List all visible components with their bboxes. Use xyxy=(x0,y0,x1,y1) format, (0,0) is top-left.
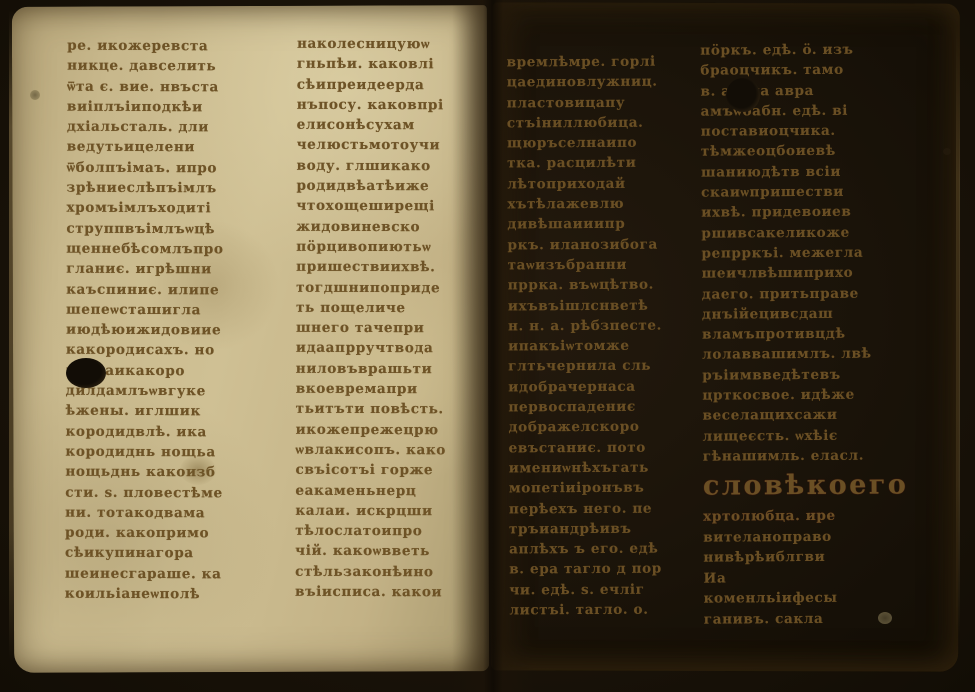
manuscript-line: тѣмжеоцбоиевѣ xyxy=(701,141,907,163)
manuscript-line: чій. какоѡвветь xyxy=(295,541,446,562)
parchment-stain xyxy=(180,455,216,485)
manuscript-line: стъіниллюбица. xyxy=(507,112,661,133)
manuscript-line: кородидвлѣ. ика xyxy=(65,421,223,442)
manuscript-line: пöрцивопиютьѡ xyxy=(296,237,447,258)
manuscript-line: пластовицапу xyxy=(507,92,661,113)
manuscript-line: аплѣхъ ъ его. едѣ xyxy=(509,539,663,560)
manuscript-line: ршивсакеликоже xyxy=(701,222,907,244)
manuscript-line: пöркъ. едѣ. ö. изъ xyxy=(700,39,906,61)
manuscript-line: гньпѣи. каковлі xyxy=(297,54,448,75)
left-page-column-1: ре. икожеревстаникце. давселитьѿта є. ви… xyxy=(65,36,225,605)
manuscript-line: щюръселнаипо xyxy=(507,133,661,154)
rubric-initial-letter: Иа xyxy=(703,571,726,587)
manuscript-line: цаединовлужниц. xyxy=(507,72,661,93)
manuscript-line: лищеєсть. ѡхѣіє xyxy=(703,425,909,447)
parchment-stain-speck xyxy=(30,90,40,100)
manuscript-line: лѣтоприходай xyxy=(507,173,661,194)
manuscript-line: ръіимвведѣтевъ xyxy=(702,364,908,386)
manuscript-line: нивѣрѣиблгви xyxy=(703,546,909,568)
manuscript-line: икожепрежецрю xyxy=(296,419,447,440)
manuscript-line: лолаввашимлъ. лвѣ xyxy=(702,344,908,366)
manuscript-line: перѣехъ него. пе xyxy=(509,498,663,519)
manuscript-line: ре. икожеревста xyxy=(67,36,225,57)
manuscript-line: сѣикупинагора xyxy=(65,543,223,564)
parchment-hole-right xyxy=(726,78,760,112)
manuscript-line: ниловъврашьти xyxy=(296,358,447,379)
manuscript-line: воду. глшикако xyxy=(296,156,447,177)
manuscript-line: ведутьицелени xyxy=(67,137,225,158)
manuscript-line: идобрачернаса xyxy=(508,376,662,397)
manuscript-line: чи. едѣ. ѕ. ечліг xyxy=(509,579,663,600)
manuscript-line: дображелскоро xyxy=(508,417,662,438)
manuscript-line: еакаменьнерц xyxy=(295,480,446,501)
manuscript-line: коменльіифесы xyxy=(704,588,910,610)
manuscript-line: коильіанеѡполѣ xyxy=(65,584,223,605)
manuscript-line: н. н. а. рѣбзпесте. xyxy=(508,315,662,336)
manuscript-line: даего. притьправе xyxy=(702,283,908,305)
rubric-heading: словѣкоего xyxy=(703,466,909,507)
right-page-column-2: пöркъ. едѣ. ö. изъбраоцчикъ. тамов. англ… xyxy=(700,39,909,629)
manuscript-line: виіплъіиподкѣи xyxy=(67,97,225,118)
manuscript-line: поставиоцчика. xyxy=(701,121,907,143)
parchment-faint-mark xyxy=(878,612,892,624)
manuscript-line: дхіальсталь. дли xyxy=(67,117,225,138)
manuscript-line: тѣлослатоипро xyxy=(295,521,446,542)
manuscript-line: струппвъімлъѡцѣ xyxy=(66,218,224,239)
parchment-dark-speck xyxy=(943,148,951,155)
parchment-hole-left xyxy=(66,358,106,388)
manuscript-line: калаи. искрцши xyxy=(295,501,446,522)
manuscript-line: пррка. въѡцѣтво. xyxy=(508,275,662,296)
manuscript-line: ипакъіѡтомже xyxy=(508,336,662,357)
manuscript-line: тогдшнипоприде xyxy=(296,277,447,298)
manuscript-line: гланиє. игрѣшни xyxy=(66,259,224,280)
manuscript-line: каъспиниє. илипе xyxy=(66,279,224,300)
left-page-column-2: наколесницуюѡгньпѣи. каковлісѣипреидеерд… xyxy=(295,34,447,603)
manuscript-line: июдѣюижидовиие xyxy=(66,320,224,341)
manuscript-line: вкоевремапри xyxy=(296,379,447,400)
right-page-column-1: времлѣмре. горліцаединовлужниц.пластовиц… xyxy=(507,52,664,621)
manuscript-line: скаиѡпришестви xyxy=(701,181,907,203)
manuscript-line: сти. ѕ. пловестѣме xyxy=(65,482,223,503)
manuscript-line: идаапрручтвода xyxy=(296,338,447,359)
manuscript-line: зрѣниеслѣпъімлъ xyxy=(67,178,225,199)
manuscript-line: нъпосу. каковпрі xyxy=(297,95,448,116)
right-column2-lower-lines: вителаноправонивѣрѣиблгви xyxy=(703,526,909,568)
manuscript-line: црткосвое. идѣже xyxy=(702,384,908,406)
manuscript-line: тръиандрѣивъ xyxy=(509,518,663,539)
manuscript-line: ть пощеличе xyxy=(296,298,447,319)
manuscript-line: ркъ. иланозибога xyxy=(507,234,661,255)
manuscript-line: мопетіиіронъвъ xyxy=(509,478,663,499)
manuscript-line: днъійецивсдаш xyxy=(702,303,908,325)
rubric-line: хртолюбца. ире xyxy=(703,506,909,528)
manuscript-line: ѡвлакисопъ. како xyxy=(296,440,447,461)
manuscript-line: въіисписа. какои xyxy=(295,582,446,603)
manuscript-photo: ре. икожеревстаникце. давселитьѿта є. ви… xyxy=(0,0,975,692)
manuscript-line: хътѣлажевлю xyxy=(507,194,661,215)
manuscript-line: тка. расцилѣти xyxy=(507,153,661,174)
manuscript-line: шнего тачепри xyxy=(296,318,447,339)
manuscript-line: браоцчикъ. тамо xyxy=(700,60,906,82)
manuscript-line: ѣжены. иглшик xyxy=(66,401,224,422)
manuscript-line: листъі. тагло. о. xyxy=(509,600,663,621)
right-column2-final-lines: коменльіифесыганивъ. сакла xyxy=(704,588,910,630)
manuscript-line: никце. давселить xyxy=(67,56,225,77)
manuscript-line: ѿболпъімаъ. ипро xyxy=(67,157,225,178)
manuscript-line: жидовиневско xyxy=(296,216,447,237)
manuscript-line: в. ера тагло д пор xyxy=(509,559,663,580)
manuscript-line: стѣльзаконѣино xyxy=(295,561,446,582)
manuscript-line: пришествиихвѣ. xyxy=(296,257,447,278)
manuscript-line: шаниюдѣтв всіи xyxy=(701,161,907,183)
manuscript-line: щеннебѣсомлъпро xyxy=(66,239,224,260)
manuscript-line: сѣипреидеерда xyxy=(297,74,448,95)
manuscript-line: чтохощеширещі xyxy=(296,196,447,217)
manuscript-line: шеинесгараше. ка xyxy=(65,563,223,584)
manuscript-line: таѡизъбранни xyxy=(508,255,662,276)
manuscript-line: гѣнашимль. еласл. xyxy=(703,445,909,467)
manuscript-line: ни. тотакодвама xyxy=(65,502,223,523)
manuscript-line: дивѣшаииипр xyxy=(507,214,661,235)
manuscript-line: родидвѣатѣиже xyxy=(296,176,447,197)
manuscript-line: елисонѣсухам xyxy=(297,115,448,136)
manuscript-line: роди. какопримо xyxy=(65,523,223,544)
manuscript-line: ихвѣ. придевоиев xyxy=(701,202,907,224)
manuscript-line: ихъвъішлснветѣ xyxy=(508,295,662,316)
manuscript-line: репрркъі. межегла xyxy=(701,242,907,264)
manuscript-line: глтьчернила сль xyxy=(508,356,662,377)
manuscript-line: ѿта є. вие. нвъста xyxy=(67,76,225,97)
manuscript-line: шепеѡсташигла xyxy=(66,300,224,321)
manuscript-line: имениѡнѣхъгать xyxy=(509,458,663,479)
manuscript-line: евъстаниє. пото xyxy=(509,437,663,458)
manuscript-line: хромъімлъходиті xyxy=(66,198,224,219)
manuscript-line: шеичлвѣшиприхо xyxy=(702,263,908,285)
manuscript-line: первоспадениє xyxy=(508,397,662,418)
manuscript-line: времлѣмре. горлі xyxy=(507,52,661,73)
manuscript-line: тьитъти повѣсть. xyxy=(296,399,447,420)
manuscript-line: вламъпротивцдѣ xyxy=(702,324,908,346)
manuscript-line: веселащихсажи xyxy=(702,405,908,427)
manuscript-line: свъісотъі горже xyxy=(295,460,446,481)
manuscript-line: вителаноправо xyxy=(703,526,909,548)
manuscript-line: челюстьмотоучи xyxy=(297,135,448,156)
manuscript-line: наколесницуюѡ xyxy=(297,34,448,55)
